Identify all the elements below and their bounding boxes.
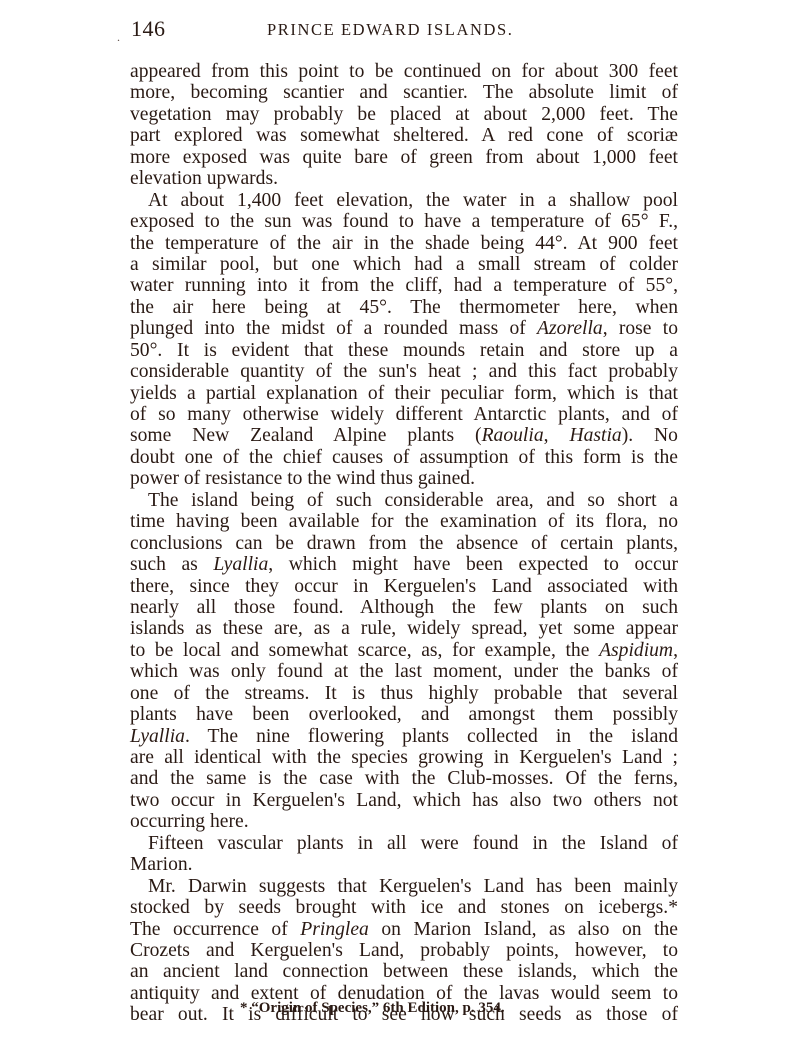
text-line: vegetation may probably be placed at abo…: [130, 104, 678, 125]
text-line: exposed to the sun was found to have a t…: [130, 211, 678, 232]
text-line: conclusions can be drawn from the absenc…: [130, 533, 678, 554]
body-text: appeared from this point to be continued…: [130, 61, 678, 1026]
text-line: and the same is the case with the Club-m…: [130, 768, 678, 789]
text-line: two occur in Kerguelen's Land, which has…: [130, 790, 678, 811]
text-line: plants have been overlooked, and amongst…: [130, 704, 678, 725]
text-line: are all identical with the species growi…: [130, 747, 678, 768]
text-line: The occurrence of Pringlea on Marion Isl…: [130, 919, 678, 940]
running-title: PRINCE EDWARD ISLANDS.: [217, 20, 683, 40]
italic-term: Lyallia: [130, 726, 185, 747]
text-line: 50°. It is evident that these mounds ret…: [130, 340, 678, 361]
book-page: . 146 PRINCE EDWARD ISLANDS. appeared fr…: [0, 0, 800, 1050]
text-line: islands as these are, as a rule, widely …: [130, 618, 678, 639]
page-header: . 146 PRINCE EDWARD ISLANDS.: [117, 16, 683, 46]
text-line: a similar pool, but one which had a smal…: [130, 254, 678, 275]
text-line: doubt one of the chief causes of assumpt…: [130, 447, 678, 468]
text-line: The island being of such considerable ar…: [130, 490, 678, 511]
text-line: water running into it from the cliff, ha…: [130, 275, 678, 296]
text-line: Marion.: [130, 854, 678, 875]
text-line: some New Zealand Alpine plants (Raoulia,…: [130, 425, 678, 446]
text-line: plunged into the midst of a rounded mass…: [130, 318, 678, 339]
paragraph: The island being of such considerable ar…: [130, 490, 678, 833]
text-line: of so many otherwise widely different An…: [130, 404, 678, 425]
text-line: stocked by seeds brought with ice and st…: [130, 897, 678, 918]
text-line: occurring here.: [130, 811, 678, 832]
text-line: part explored was somewhat sheltered. A …: [130, 125, 678, 146]
text-line: appeared from this point to be continued…: [130, 61, 678, 82]
text-line: the air here being at 45°. The thermomet…: [130, 297, 678, 318]
text-line: time having been available for the exami…: [130, 511, 678, 532]
text-line: power of resistance to the wind thus gai…: [130, 468, 678, 489]
text-line: considerable quantity of the sun's heat …: [130, 361, 678, 382]
italic-term: Pringlea: [300, 919, 369, 940]
text-line: yields a partial explanation of their pe…: [130, 383, 678, 404]
margin-mark: .: [117, 30, 120, 45]
paragraph: appeared from this point to be continued…: [130, 61, 678, 190]
page-number: 146: [131, 16, 166, 42]
text-line: Fifteen vascular plants in all were foun…: [130, 833, 678, 854]
text-line: one of the streams. It is thus highly pr…: [130, 683, 678, 704]
paragraph: At about 1,400 feet elevation, the water…: [130, 190, 678, 490]
text-line: an ancient land connection between these…: [130, 961, 678, 982]
text-line: there, since they occur in Kerguelen's L…: [130, 576, 678, 597]
italic-term: Raoulia: [482, 425, 544, 446]
italic-term: Lyallia: [213, 554, 268, 575]
text-line: which was only found at the last moment,…: [130, 661, 678, 682]
italic-term: Hastia: [569, 425, 621, 446]
paragraph: Fifteen vascular plants in all were foun…: [130, 833, 678, 876]
italic-term: Azorella: [537, 318, 603, 339]
text-line: to be local and somewhat scarce, as, for…: [130, 640, 678, 661]
text-line: nearly all those found. Although the few…: [130, 597, 678, 618]
text-line: Lyallia. The nine flowering plants colle…: [130, 726, 678, 747]
text-line: At about 1,400 feet elevation, the water…: [130, 190, 678, 211]
text-line: Crozets and Kerguelen's Land, probably p…: [130, 940, 678, 961]
footnote: * “Origin of Species,” 6th Edition, p. 3…: [240, 1000, 640, 1017]
text-line: elevation upwards.: [130, 168, 678, 189]
text-line: the temperature of the air in the shade …: [130, 233, 678, 254]
text-line: such as Lyallia, which might have been e…: [130, 554, 678, 575]
text-line: more, becoming scantier and scantier. Th…: [130, 82, 678, 103]
italic-term: Aspidium: [599, 640, 673, 661]
text-line: more exposed was quite bare of green fro…: [130, 147, 678, 168]
text-line: Mr. Darwin suggests that Kerguelen's Lan…: [130, 876, 678, 897]
